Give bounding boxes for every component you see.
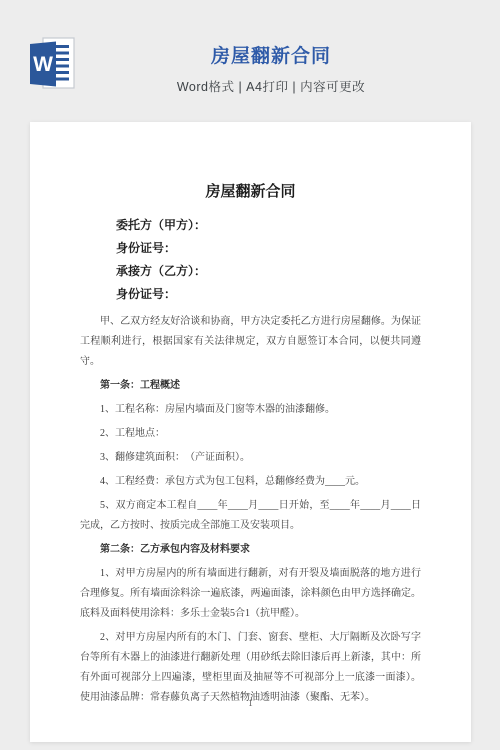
clause-project-name: 1、工程名称：房屋内墙面及门窗等木器的油漆翻修。 [80, 400, 421, 420]
party-line-client-id: 身份证号： [116, 237, 421, 260]
clause-wall-renovation: 1、对甲方房屋内的所有墙面进行翻新，对有开裂及墙面脱落的地方进行合理修复。所有墙… [80, 564, 421, 624]
clause-woodwork-renovation: 2、对甲方房屋内所有的木门、门套、窗套、壁柜、大厅隔断及次卧写字台等所有木器上的… [80, 628, 421, 708]
heading-article-1: 第一条：工程概述 [80, 376, 421, 396]
site-header: W 房屋翻新合同 Word格式 | A4打印 | 内容可更改 [0, 0, 500, 122]
party-line-contractor: 承接方（乙方）： [116, 260, 421, 283]
header-title: 房屋翻新合同 [42, 41, 500, 68]
paragraph-intro: 甲、乙双方经友好洽谈和协商，甲方决定委托乙方进行房屋翻修。为保证工程顺利进行，根… [80, 312, 421, 372]
header-subtitle: Word格式 | A4打印 | 内容可更改 [42, 77, 500, 95]
party-line-client: 委托方（甲方）： [116, 214, 421, 237]
document-title: 房屋翻新合同 [80, 182, 421, 202]
clause-project-area: 3、翻修建筑面积： （产证面积）。 [80, 448, 421, 468]
party-line-contractor-id: 身份证号： [116, 283, 421, 306]
document-page: 房屋翻新合同 委托方（甲方）： 身份证号： 承接方（乙方）： 身份证号： 甲、乙… [30, 122, 471, 742]
clause-project-cost: 4、工程经费：承包方式为包工包料，总翻修经费为____元。 [80, 472, 421, 492]
clause-project-location: 2、工程地点： [80, 424, 421, 444]
contract-body: 甲、乙双方经友好洽谈和协商，甲方决定委托乙方进行房屋翻修。为保证工程顺利进行，根… [80, 312, 421, 708]
header-text: 房屋翻新合同 Word格式 | A4打印 | 内容可更改 [42, 0, 500, 95]
page-number: 1 [30, 698, 471, 708]
party-block: 委托方（甲方）： 身份证号： 承接方（乙方）： 身份证号： [80, 214, 421, 306]
heading-article-2: 第二条：乙方承包内容及材料要求 [80, 540, 421, 560]
clause-project-schedule: 5、双方商定本工程自____年____月____日开始，至____年____月_… [80, 496, 421, 536]
